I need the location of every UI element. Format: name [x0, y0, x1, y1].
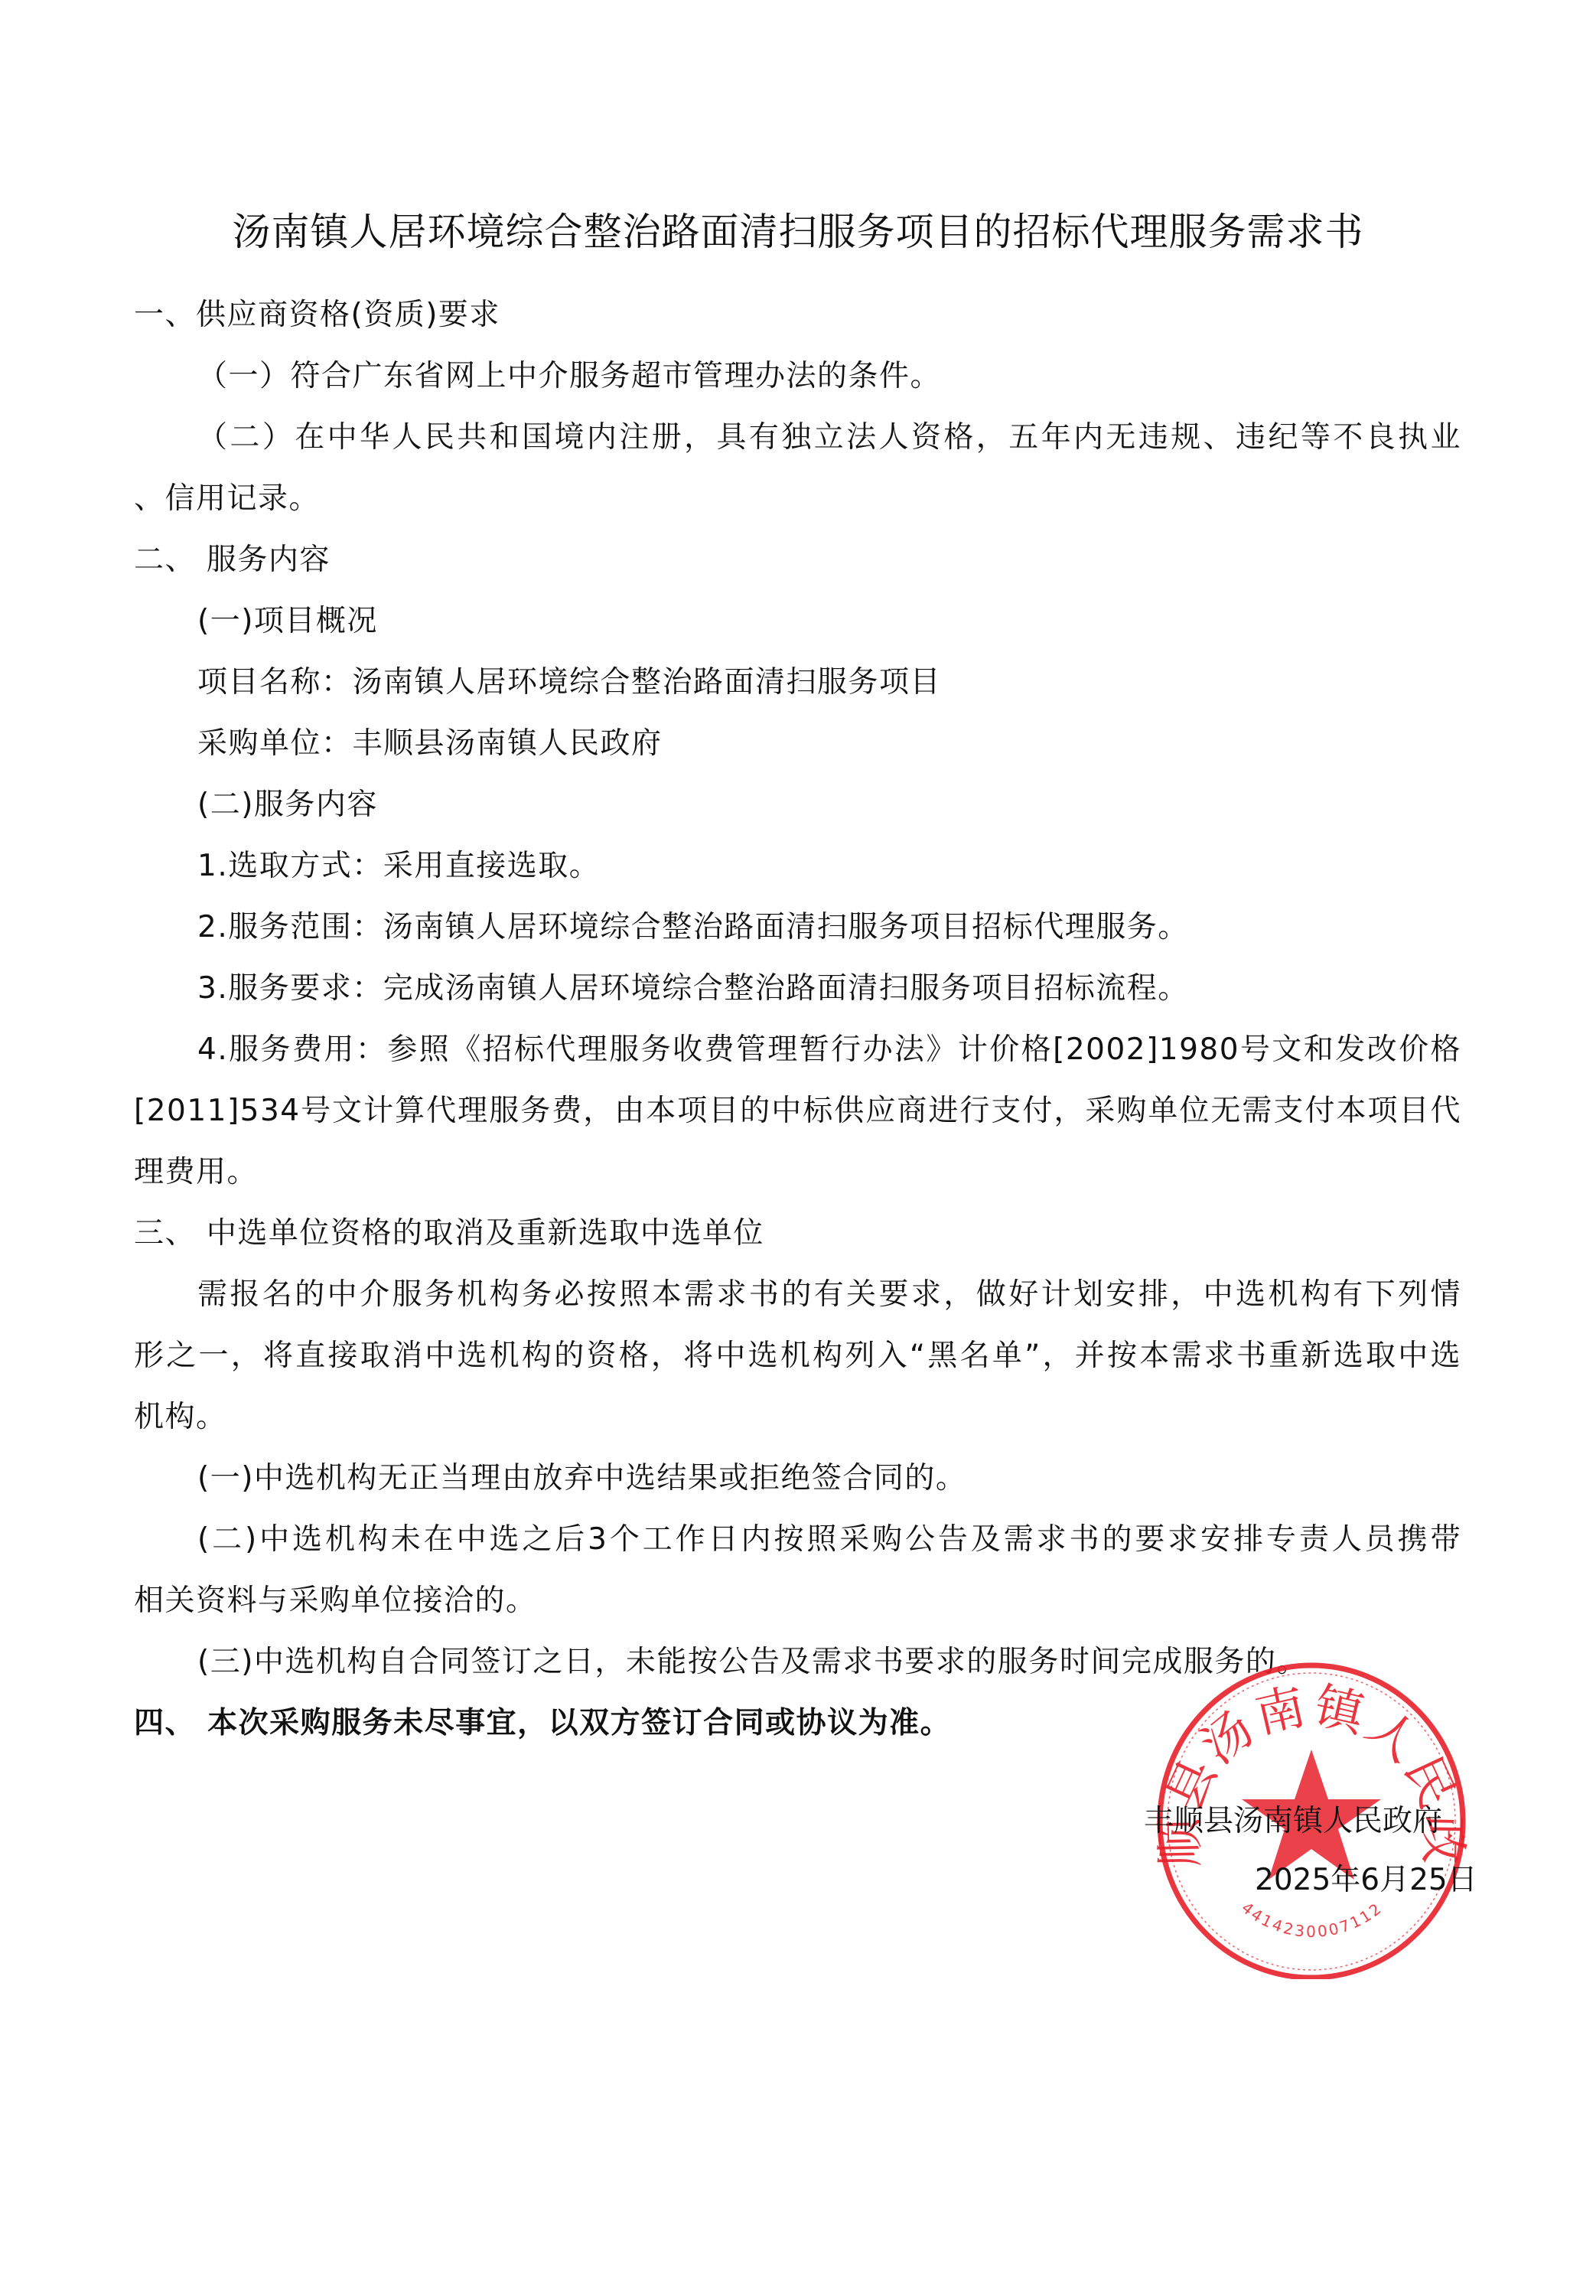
section-3-item-3: (三)中选机构自合同签订之日，未能按公告及需求书要求的服务时间完成服务的。: [197, 1639, 1308, 1685]
issue-date: 2025年6月25日: [1255, 1857, 1477, 1903]
section-3-item-2-cont: 相关资料与采购单位接洽的。: [134, 1578, 537, 1624]
document-page: 汤南镇人居环境综合整治路面清扫服务项目的招标代理服务需求书 一、供应商资格(资质…: [0, 0, 1596, 2296]
section-1-line-1: （一）符合广东省网上中介服务超市管理办法的条件。: [197, 354, 941, 400]
section-heading-2: 二、 服务内容: [134, 537, 331, 583]
section-3-para-line-3: 机构。: [134, 1394, 227, 1440]
purchasing-unit: 采购单位：丰顺县汤南镇人民政府: [197, 721, 663, 767]
subsection-service-content: (二)服务内容: [197, 782, 378, 828]
svg-text:4414230007112: 4414230007112: [1238, 1898, 1386, 1940]
issuer-signature: 丰顺县汤南镇人民政府: [1144, 1799, 1442, 1844]
subsection-project-overview: (一)项目概况: [197, 598, 378, 644]
item-service-fee-end: 理费用。: [134, 1150, 258, 1195]
item-service-scope: 2.服务范围：汤南镇人居环境综合整治路面清扫服务项目招标代理服务。: [197, 905, 1189, 951]
section-3-item-1: (一)中选机构无正当理由放弃中选结果或拒绝签合同的。: [197, 1456, 966, 1502]
section-heading-4: 四、 本次采购服务未尽事宜，以双方签订合同或协议为准。: [134, 1701, 951, 1746]
section-3-item-2: (二)中选机构未在中选之后3个工作日内按照采购公告及需求书的要求安排专责人员携带: [197, 1517, 1461, 1563]
section-heading-1: 一、供应商资格(资质)要求: [134, 292, 500, 338]
document-title: 汤南镇人居环境综合整治路面清扫服务项目的招标代理服务需求书: [0, 205, 1596, 259]
item-service-requirement: 3.服务要求：完成汤南镇人居环境综合整治路面清扫服务项目招标流程。: [197, 966, 1189, 1012]
section-heading-3: 三、 中选单位资格的取消及重新选取中选单位: [134, 1211, 764, 1257]
section-1-line-3: 、信用记录。: [134, 476, 320, 522]
project-name: 项目名称：汤南镇人居环境综合整治路面清扫服务项目: [197, 660, 941, 706]
section-1-line-2: （二）在中华人民共和国境内注册，具有独立法人资格，五年内无违规、违纪等不良执业: [197, 415, 1461, 461]
item-service-fee: 4.服务费用：参照《招标代理服务收费管理暂行办法》计价格[2002]1980号文…: [197, 1027, 1461, 1073]
section-3-para-line-1: 需报名的中介服务机构务必按照本需求书的有关要求，做好计划安排，中选机构有下列情: [197, 1272, 1461, 1318]
item-service-fee-cont: [2011]534号文计算代理服务费，由本项目的中标供应商进行支付，采购单位无需…: [134, 1088, 1461, 1134]
section-3-para-line-2: 形之一，将直接取消中选机构的资格，将中选机构列入“黑名单”，并按本需求书重新选取…: [134, 1333, 1461, 1379]
item-selection-method: 1.选取方式：采用直接选取。: [197, 843, 600, 889]
